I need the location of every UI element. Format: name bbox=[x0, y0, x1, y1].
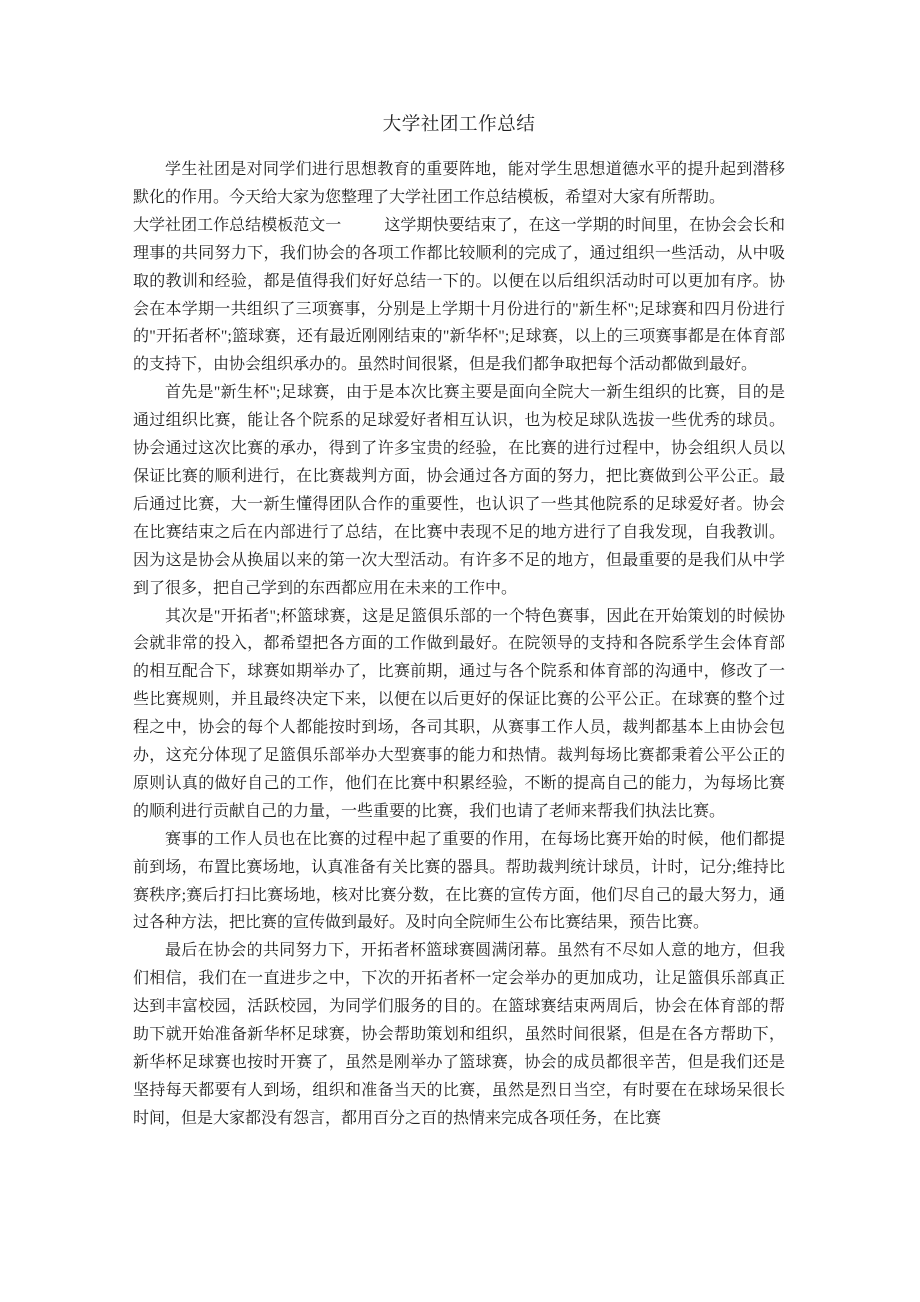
paragraph-1: 学生社团是对同学们进行思想教育的重要阵地，能对学生思想道德水平的提升起到潜移默化… bbox=[133, 156, 785, 212]
paragraph-6: 最后在协会的共同努力下，开拓者杯篮球赛圆满闭幕。虽然有不尽如人意的地方，但我们相… bbox=[133, 937, 785, 1132]
document-page: 大学社团工作总结 学生社团是对同学们进行思想教育的重要阵地，能对学生思想道德水平… bbox=[0, 0, 920, 1302]
text-run: 学生社团是对同学们进行思想教育的重要阵地，能对学生思想道德水平的提升起到潜移默化… bbox=[133, 161, 785, 206]
document-body: 学生社团是对同学们进行思想教育的重要阵地，能对学生思想道德水平的提升起到潜移默化… bbox=[133, 156, 785, 1133]
paragraph-5: 赛事的工作人员也在比赛的过程中起了重要的作用，在每场比赛开始的时候，他们都提前到… bbox=[133, 826, 785, 938]
text-run: 大学社团工作总结模板范文一 bbox=[133, 217, 341, 234]
text-gap bbox=[341, 229, 384, 230]
text-run: 这学期快要结束了，在这一学期的时间里，在协会会长和理事的共同努力下，我们协会的各… bbox=[133, 217, 785, 374]
paragraph-4: 其次是"开拓者";杯篮球赛，这是足篮俱乐部的一个特色赛事，因此在开始策划的时候协… bbox=[133, 603, 785, 826]
text-run: 赛事的工作人员也在比赛的过程中起了重要的作用，在每场比赛开始的时候，他们都提前到… bbox=[133, 831, 785, 932]
text-run: 最后在协会的共同努力下，开拓者杯篮球赛圆满闭幕。虽然有不尽如人意的地方，但我们相… bbox=[133, 942, 785, 1126]
paragraph-2: 大学社团工作总结模板范文一这学期快要结束了，在这一学期的时间里，在协会会长和理事… bbox=[133, 212, 785, 379]
text-run: 其次是"开拓者";杯篮球赛，这是足篮俱乐部的一个特色赛事，因此在开始策划的时候协… bbox=[133, 608, 785, 820]
document-title: 大学社团工作总结 bbox=[133, 111, 785, 139]
text-run: 首先是"新生杯";足球赛，由于是本次比赛主要是面向全院大一新生组织的比赛，目的是… bbox=[133, 384, 785, 596]
paragraph-3: 首先是"新生杯";足球赛，由于是本次比赛主要是面向全院大一新生组织的比赛，目的是… bbox=[133, 379, 785, 602]
